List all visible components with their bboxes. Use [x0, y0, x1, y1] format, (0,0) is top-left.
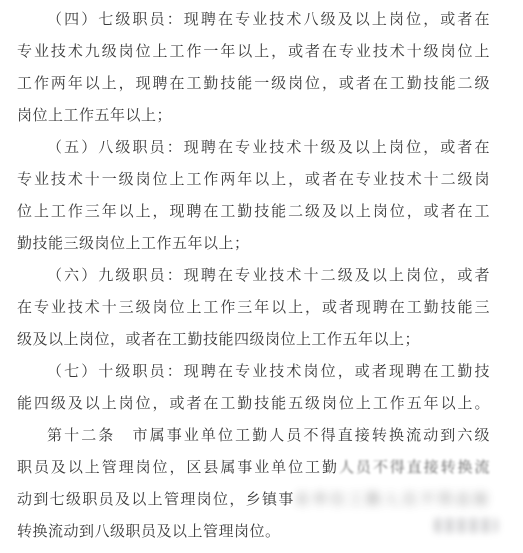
doc-line: 第十二条 市属事业单位工勤人员不得直接转换流动到六级 — [17, 420, 490, 452]
doc-line: 能四级及以上岗位，或者在工勤技能五级岗位上工作五年以上。 — [17, 388, 490, 420]
doc-line: 在专业技术十三级岗位上工作三年以上，或者现聘在工勤技能三 — [17, 292, 490, 324]
doc-line: 专业技术十一级岗位上工作两年以上，或者在专业技术十二级岗 — [17, 164, 490, 196]
watermark-smudge — [434, 518, 498, 533]
blurred-redaction: 业单位工勤人员不得直接 — [295, 491, 490, 508]
doc-line: 工作两年以上，现聘在工勤技能一级岗位，或者在工勤技能二级 — [17, 68, 490, 100]
doc-line-text: 职员及以上管理岗位，区县属事业单位工勤 — [17, 459, 339, 476]
doc-line: （七）十级职员：现聘在专业技术岗位，或者现聘在工勤技 — [17, 356, 490, 388]
doc-line: （五）八级职员：现聘在专业技术十级及以上岗位，或者在 — [17, 132, 490, 164]
doc-line: 级及以上岗位，或者在工勤技能四级岗位上工作五年以上； — [17, 324, 490, 356]
doc-line: 岗位上工作五年以上； — [17, 100, 490, 132]
paragraph-clause-6: （六）九级职员：现聘在专业技术十二级及以上岗位，或者 在专业技术十三级岗位上工作… — [17, 260, 490, 356]
doc-line: 勤技能三级岗位上工作五年以上； — [17, 228, 490, 260]
paragraph-clause-5: （五）八级职员：现聘在专业技术十级及以上岗位，或者在 专业技术十一级岗位上工作两… — [17, 132, 490, 260]
paragraph-article-12: 第十二条 市属事业单位工勤人员不得直接转换流动到六级 职员及以上管理岗位，区县属… — [17, 420, 490, 548]
doc-line: 专业技术九级岗位上工作一年以上，或者在专业技术十级岗位上 — [17, 36, 490, 68]
paragraph-clause-4: （四）七级职员：现聘在专业技术八级及以上岗位，或者在 专业技术九级岗位上工作一年… — [17, 4, 490, 132]
doc-line: 职员及以上管理岗位，区县属事业单位工勤人员不得直接转换流 — [17, 452, 490, 484]
doc-line: （六）九级职员：现聘在专业技术十二级及以上岗位，或者 — [17, 260, 490, 292]
doc-line: 动到七级职员及以上管理岗位，乡镇事业单位工勤人员不得直接 — [17, 484, 490, 516]
doc-line: 转换流动到八级职员及以上管理岗位。 — [17, 516, 490, 548]
doc-line: 位上工作三年以上，现聘在工勤技能二级及以上岗位，或者在工 — [17, 196, 490, 228]
document-page: （四）七级职员：现聘在专业技术八级及以上岗位，或者在 专业技术九级岗位上工作一年… — [0, 0, 523, 553]
doc-line: （四）七级职员：现聘在专业技术八级及以上岗位，或者在 — [17, 4, 490, 36]
paragraph-clause-7: （七）十级职员：现聘在专业技术岗位，或者现聘在工勤技 能四级及以上岗位，或者在工… — [17, 356, 490, 420]
doc-line-text: 动到七级职员及以上管理岗位，乡镇事 — [17, 491, 295, 508]
smeared-text: 人员不得直接转换流 — [339, 459, 490, 476]
